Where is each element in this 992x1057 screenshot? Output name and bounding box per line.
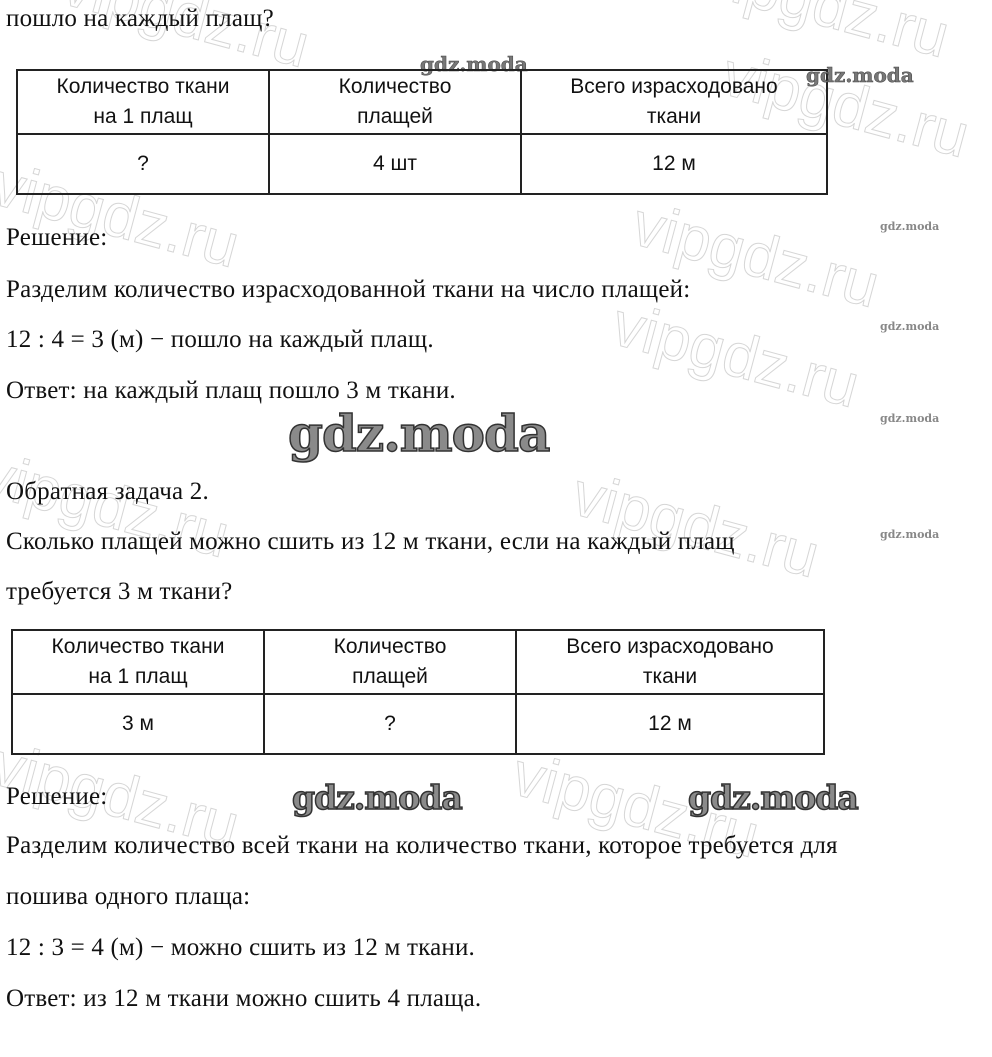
watermark-gdz-moda-large: gdz.moda [688,778,858,817]
calculation: 12 : 4 = 3 (м) − пошло на каждый плащ. [6,325,434,355]
solution-line-1: Разделим количество всей ткани на количе… [6,831,838,861]
solution-text: Разделим количество израсходованной ткан… [6,275,690,305]
value-cell: 12 м [521,134,827,194]
solution-label: Решение: [6,782,107,812]
question-tail: пошло на каждый плащ? [6,4,274,34]
question-line-1: Сколько плащей можно сшить из 12 м ткани… [6,527,735,557]
question-line-2: требуется 3 м ткани? [6,577,232,607]
header-cell: Количествоплащей [269,70,521,134]
watermark-gdz-moda: gdz.moda [880,412,939,425]
watermark-gdz-moda: gdz.moda [806,63,914,87]
calculation: 12 : 3 = 4 (м) − можно сшить из 12 м тка… [6,933,475,963]
watermark-vipgdz: vipgdz.ru [695,0,956,72]
watermark-gdz-moda: gdz.moda [880,220,939,233]
value-cell: ? [264,694,516,754]
header-cell: Всего израсходованоткани [516,630,824,694]
problem2-title: Обратная задача 2. [6,477,209,507]
header-cell: Количество тканина 1 плащ [17,70,269,134]
value-cell: 4 шт [269,134,521,194]
solution-line-2: пошива одного плаща: [6,882,250,912]
header-cell: Количествоплащей [264,630,516,694]
answer: Ответ: из 12 м ткани можно сшить 4 плаща… [6,984,481,1014]
value-cell: ? [17,134,269,194]
header-cell: Количество тканина 1 плащ [12,630,264,694]
watermark-gdz-moda-large: gdz.moda [288,404,549,463]
answer: Ответ: на каждый плащ пошло 3 м ткани. [6,376,456,406]
solution-label: Решение: [6,223,107,253]
problem2-table: Количество тканина 1 плащ Количествоплащ… [11,629,825,755]
value-cell: 3 м [12,694,264,754]
watermark-gdz-moda: gdz.moda [880,528,939,541]
watermark-vipgdz: vipgdz.ru [605,289,866,423]
value-cell: 12 м [516,694,824,754]
watermark-gdz-moda-large: gdz.moda [292,778,462,817]
watermark-gdz-moda: gdz.moda [880,320,939,333]
problem1-table: Количество тканина 1 плащ Количествоплащ… [16,69,828,195]
watermark-vipgdz: vipgdz.ru [565,459,826,593]
header-cell: Всего израсходованоткани [521,70,827,134]
